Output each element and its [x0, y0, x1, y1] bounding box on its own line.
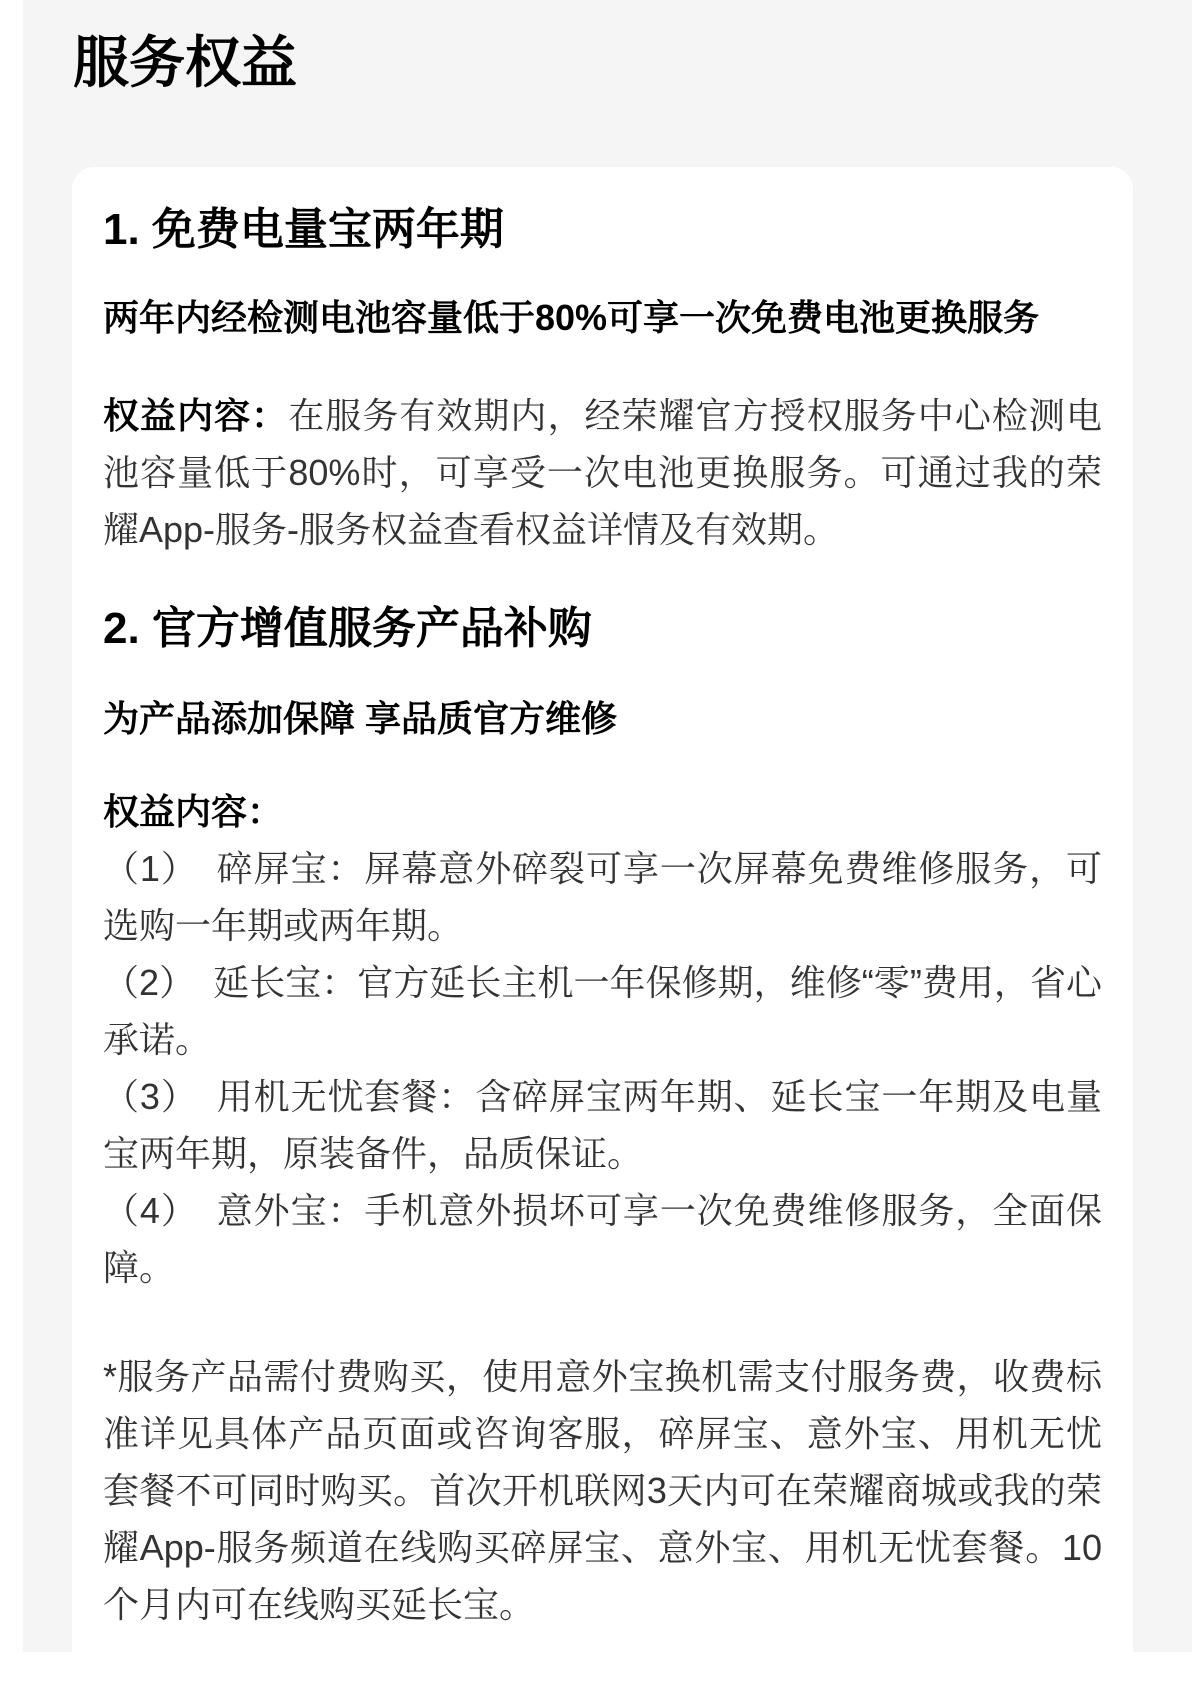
- benefit-list-item-2: （2） 延长宝：官方延长主机一年保修期，维修“零”费用，省心承诺。: [103, 954, 1102, 1068]
- benefit-list-item-4: （4） 意外宝：手机意外损坏可享一次免费维修服务，全面保障。: [103, 1182, 1102, 1296]
- benefit-list-item-3: （3） 用机无忧套餐：含碎屏宝两年期、延长宝一年期及电量宝两年期，原装备件，品质…: [103, 1068, 1102, 1182]
- section-2-benefit-label: 权益内容：: [103, 783, 1102, 840]
- section-2-heading: 2. 官方增值服务产品补购: [103, 602, 1102, 656]
- benefits-card: 1. 免费电量宝两年期 两年内经检测电池容量低于80%可享一次免费电池更换服务 …: [72, 167, 1133, 1652]
- section-2-subhead: 为产品添加保障 享品质官方维修: [103, 696, 1102, 742]
- section-1-subhead: 两年内经检测电池容量低于80%可享一次免费电池更换服务: [103, 295, 1102, 341]
- section-1-benefit-label: 权益内容：: [103, 395, 288, 436]
- benefit-list-item-1: （1） 碎屏宝：屏幕意外碎裂可享一次屏幕免费维修服务，可选购一年期或两年期。: [103, 840, 1102, 954]
- page-title: 服务权益: [73, 32, 297, 94]
- service-benefits-panel: 服务权益 1. 免费电量宝两年期 两年内经检测电池容量低于80%可享一次免费电池…: [23, 0, 1192, 1652]
- section-2-benefit-list: 权益内容： （1） 碎屏宝：屏幕意外碎裂可享一次屏幕免费维修服务，可选购一年期或…: [103, 783, 1102, 1296]
- footnote: *服务产品需付费购买，使用意外宝换机需支付服务费，收费标准详见具体产品页面或咨询…: [103, 1348, 1102, 1633]
- section-1-heading: 1. 免费电量宝两年期: [103, 203, 1102, 257]
- section-1-benefit-paragraph: 权益内容：在服务有效期内，经荣耀官方授权服务中心检测电池容量低于80%时，可享受…: [103, 387, 1102, 558]
